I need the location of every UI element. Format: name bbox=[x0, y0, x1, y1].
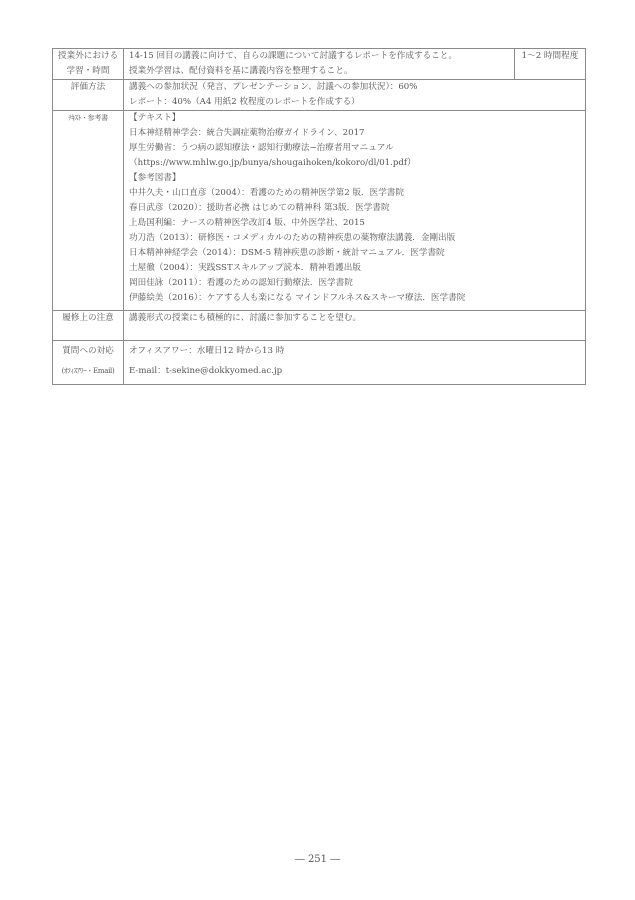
content-line: 授業外学習は、配付資料を基に講義内容を整理すること。 bbox=[129, 64, 509, 79]
label-line: 学習・時間 bbox=[58, 64, 118, 79]
content-line: レポート：40%（A4 用紙2 枚程度のレポートを作成する） bbox=[129, 95, 580, 110]
row-content: 講義への参加状況（発言、プレゼンテーション、討議への参加状況）：60% レポート… bbox=[124, 80, 586, 111]
table-row-out-of-class-study: 授業外における 学習・時間 14-15 回目の講義に向けて、自らの課題について討… bbox=[53, 49, 586, 80]
label-line: ﾃｷｽﾄ・参考書 bbox=[58, 111, 118, 126]
table-row-notes: 履修上の注意 講義形式の授業にも積極的に、討議に参加することを望む。 bbox=[53, 311, 586, 341]
row-label: 評価方法 bbox=[53, 80, 124, 111]
section-heading: 【参考図書】 bbox=[129, 171, 580, 186]
label-line: (ｵﾌｨｽｱﾜｰ・Email) bbox=[58, 361, 118, 381]
row-content: 講義形式の授業にも積極的に、討議に参加することを望む。 bbox=[124, 311, 586, 341]
content-line: 講義形式の授業にも積極的に、討議に参加することを望む。 bbox=[129, 311, 580, 326]
reference-item: 伊藤絵美（2016）：ケアする人も楽になる マインドフルネス&スキーマ療法．医学… bbox=[129, 291, 580, 306]
reference-item: 功刀浩（2013）：研修医・コメディカルのための精神疾患の薬物療法講義．金剛出版 bbox=[129, 231, 580, 246]
reference-item: 日本神経精神学会：統合失調症薬物治療ガイドライン、2017 bbox=[129, 126, 580, 141]
label-line: 質問への対応 bbox=[58, 341, 118, 361]
content-line: 14-15 回目の講義に向けて、自らの課題について討議するレポートを作成すること… bbox=[129, 49, 509, 64]
row-content: 14-15 回目の講義に向けて、自らの課題について討議するレポートを作成すること… bbox=[124, 49, 515, 80]
email-address: E-mail：t-sekine@dokkyomed.ac.jp bbox=[129, 361, 580, 381]
page-number: ― 251 ― bbox=[0, 854, 635, 865]
reference-url: （https://www.mhlw.go.jp/bunya/shougaihok… bbox=[129, 156, 580, 171]
row-label: ﾃｷｽﾄ・参考書 bbox=[53, 111, 124, 311]
study-time: 1〜2 時間程度 bbox=[515, 49, 586, 80]
reference-item: 日本精神神経学会（2014）：DSM-5 精神疾患の診断・統計マニュアル．医学書… bbox=[129, 246, 580, 261]
label-line: 授業外における bbox=[58, 49, 118, 64]
table-row-evaluation: 評価方法 講義への参加状況（発言、プレゼンテーション、討議への参加状況）：60%… bbox=[53, 80, 586, 111]
syllabus-table: 授業外における 学習・時間 14-15 回目の講義に向けて、自らの課題について討… bbox=[52, 48, 586, 385]
label-line: 評価方法 bbox=[58, 80, 118, 95]
row-content: オフィスアワー：水曜日12 時から13 時 E-mail：t-sekine@do… bbox=[124, 341, 586, 385]
reference-item: 厚生労働省：うつ病の認知療法・認知行動療法−治療者用マニュアル bbox=[129, 141, 580, 156]
content-line: 講義への参加状況（発言、プレゼンテーション、討議への参加状況）：60% bbox=[129, 80, 580, 95]
row-label: 授業外における 学習・時間 bbox=[53, 49, 124, 80]
label-line: 履修上の注意 bbox=[58, 311, 118, 326]
row-label: 質問への対応 (ｵﾌｨｽｱﾜｰ・Email) bbox=[53, 341, 124, 385]
reference-item: 中井久夫・山口直彦（2004）：看護のための精神医学第2 版．医学書院 bbox=[129, 186, 580, 201]
reference-item: 春日武彦（2020）：援助者必携 はじめての精神科 第3版．医学書院 bbox=[129, 201, 580, 216]
table-row-textbooks: ﾃｷｽﾄ・参考書 【テキスト】 日本神経精神学会：統合失調症薬物治療ガイドライン… bbox=[53, 111, 586, 311]
office-hours: オフィスアワー：水曜日12 時から13 時 bbox=[129, 341, 580, 361]
reference-item: 上島国利編：ナースの精神医学改訂4 版、中外医学社、2015 bbox=[129, 216, 580, 231]
row-content: 【テキスト】 日本神経精神学会：統合失調症薬物治療ガイドライン、2017 厚生労… bbox=[124, 111, 586, 311]
reference-item: 岡田佳詠（2011）：看護のための認知行動療法．医学書院 bbox=[129, 276, 580, 291]
table-row-contact: 質問への対応 (ｵﾌｨｽｱﾜｰ・Email) オフィスアワー：水曜日12 時から… bbox=[53, 341, 586, 385]
row-label: 履修上の注意 bbox=[53, 311, 124, 341]
reference-item: 土屋徹（2004）：実践SSTスキルアップ読本．精神看護出版 bbox=[129, 261, 580, 276]
section-heading: 【テキスト】 bbox=[129, 111, 580, 126]
